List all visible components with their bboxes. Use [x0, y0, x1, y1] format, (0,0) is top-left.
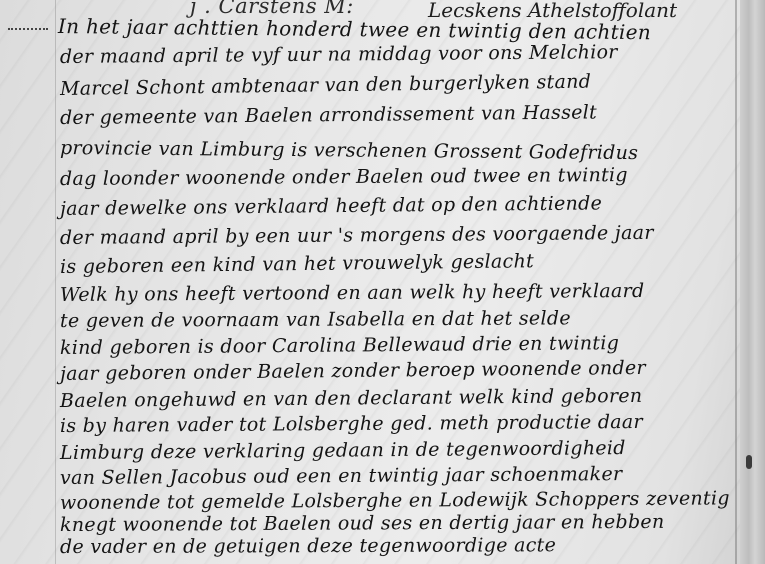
record-line: provincie van Limburg is verschenen Gros…: [60, 137, 638, 164]
record-line: In het jaar achttien honderd twee en twi…: [58, 14, 651, 44]
record-line: jaar geboren onder Baelen zonder beroep …: [60, 357, 646, 385]
record-line: Limburg deze verklaring gedaan in de teg…: [60, 437, 626, 464]
record-line: jaar dewelke ons verklaard heeft dat op …: [60, 192, 602, 220]
record-line: woonende tot gemelde Lolsberghe en Lodew…: [60, 487, 730, 514]
record-line: kind geboren is door Carolina Bellewaud …: [60, 332, 619, 359]
record-line: Baelen ongehuwd en van den declarant wel…: [60, 385, 643, 412]
record-line: der maand april te vyf uur na middag voo…: [60, 41, 618, 68]
record-line: der maand april by een uur 's morgens de…: [60, 222, 654, 249]
record-line: is geboren een kind van het vrouwelyk ge…: [60, 250, 534, 278]
record-line: der gemeente van Baelen arrondissement v…: [60, 101, 597, 129]
record-line: is by haren vader tot Lolsberghe ged. me…: [60, 411, 643, 437]
record-body: In het jaar achttien honderd twee en twi…: [0, 0, 765, 564]
record-line: Welk hy ons heeft vertoond en aan welk h…: [60, 280, 645, 306]
record-line: te geven de voornaam van Isabella en dat…: [60, 307, 571, 332]
record-line: de vader en de getuigen deze tegenwoordi…: [60, 534, 556, 558]
record-line: dag loonder woonende onder Baelen oud tw…: [60, 164, 628, 190]
record-line: van Sellen Jacobus oud een en twintig ja…: [60, 463, 623, 489]
record-line: knegt woonende tot Baelen oud ses en der…: [60, 511, 665, 536]
record-line: Marcel Schont ambtenaar van den burgerly…: [60, 71, 591, 100]
scanned-page: j . Carstens M: Lecskens Athelstoffolant…: [0, 0, 765, 564]
